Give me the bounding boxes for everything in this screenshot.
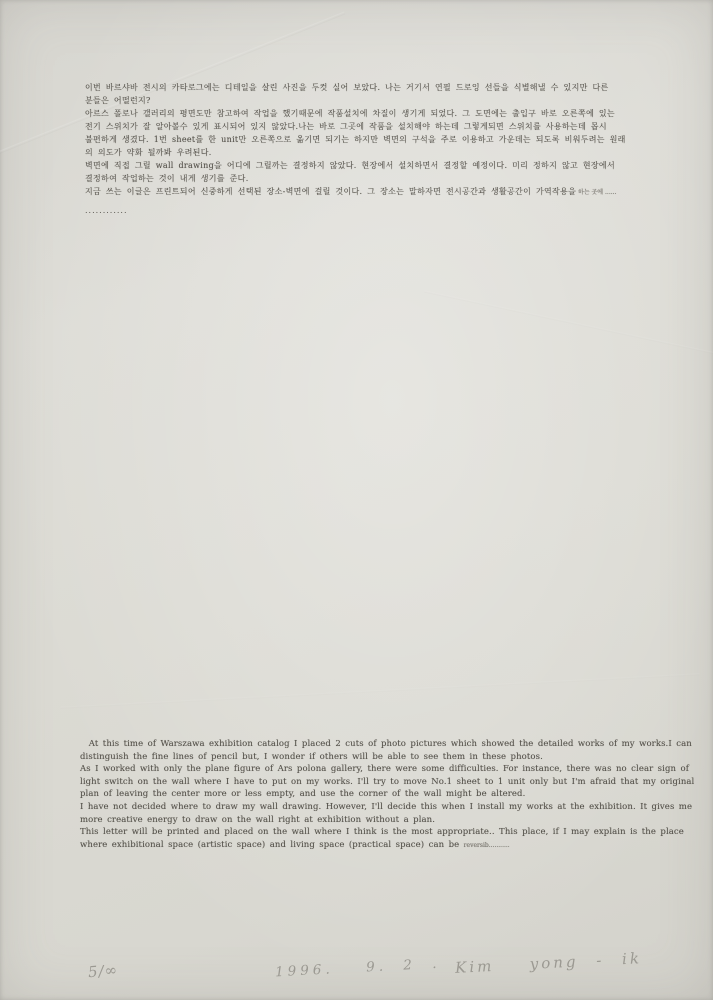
paper-crease <box>60 673 699 708</box>
korean-last-line: 지금 쓰는 이글은 프린트되어 신중하게 선택된 장소-벽면에 걸릴 것이다. … <box>85 185 645 199</box>
handwritten-footer: 5/∞ 1996. 9. 2 . Kim yong - ik <box>0 948 713 1000</box>
text-line: I have not decided where to draw my wall… <box>80 801 645 814</box>
trailing-ellipsis: ............ <box>85 206 128 215</box>
artist-signature: Kim yong - ik <box>455 949 643 977</box>
edition-number: 5/∞ <box>87 961 119 982</box>
text-line: 벽면에 직접 그릴 wall drawing을 어디에 그릴까는 결정하지 않았… <box>85 159 645 172</box>
text-line: This letter will be printed and placed o… <box>80 826 645 839</box>
korean-last-line-main: 지금 쓰는 이글은 프린트되어 신중하게 선택된 장소-벽면에 걸릴 것이다. … <box>85 187 576 196</box>
english-last-line-small: reversib........... <box>464 842 510 849</box>
text-line: light switch on the wall where I have to… <box>80 776 645 789</box>
text-line: 전기 스위치가 잘 알아볼수 있게 표시되어 있지 않았다.나는 바로 그곳에 … <box>85 120 645 133</box>
text-line: 불편하게 생겼다. 1번 sheet를 한 unit만 오른쪽으로 옮기면 되기… <box>85 133 645 146</box>
english-paragraph: At this time of Warszawa exhibition cata… <box>80 738 645 852</box>
text-line: 아르스 폴로나 갤러리의 평면도만 참고하여 작업을 했기때문에 작품설치에 차… <box>85 107 645 120</box>
text-line: plan of leaving the center more or less … <box>80 788 645 801</box>
text-line: At this time of Warszawa exhibition cata… <box>80 738 645 751</box>
korean-last-line-small: 하는 곳에 ...... <box>576 189 616 196</box>
scanned-letter-page: 이번 바르샤바 전시의 카타로그에는 디테일을 살린 사진을 두컷 실어 보았다… <box>0 0 713 1000</box>
text-line: distinguish the fine lines of pencil but… <box>80 751 645 764</box>
handwritten-date: 1996. 9. 2 . <box>275 956 441 981</box>
english-last-line: where exhibitional space (artistic space… <box>80 839 645 853</box>
korean-lines: 이번 바르샤바 전시의 카타로그에는 디테일을 살린 사진을 두컷 실어 보았다… <box>85 81 645 185</box>
english-lines: At this time of Warszawa exhibition cata… <box>80 738 645 839</box>
text-line: 이번 바르샤바 전시의 카타로그에는 디테일을 살린 사진을 두컷 실어 보았다… <box>85 81 645 94</box>
english-last-line-main: where exhibitional space (artistic space… <box>80 840 464 850</box>
text-line: 의 의도가 약화 될까봐 우려된다. <box>85 146 645 159</box>
text-line: 결정하여 작업하는 것이 내게 생기를 준다. <box>85 172 645 185</box>
text-line: more creative energy to draw on the wall… <box>80 814 645 827</box>
text-line: 분들은 어떨런지? <box>85 94 645 107</box>
paper-crease <box>424 291 713 372</box>
korean-paragraph: 이번 바르샤바 전시의 카타로그에는 디테일을 살린 사진을 두컷 실어 보았다… <box>85 81 645 199</box>
text-line: As I worked with only the plane figure o… <box>80 763 645 776</box>
